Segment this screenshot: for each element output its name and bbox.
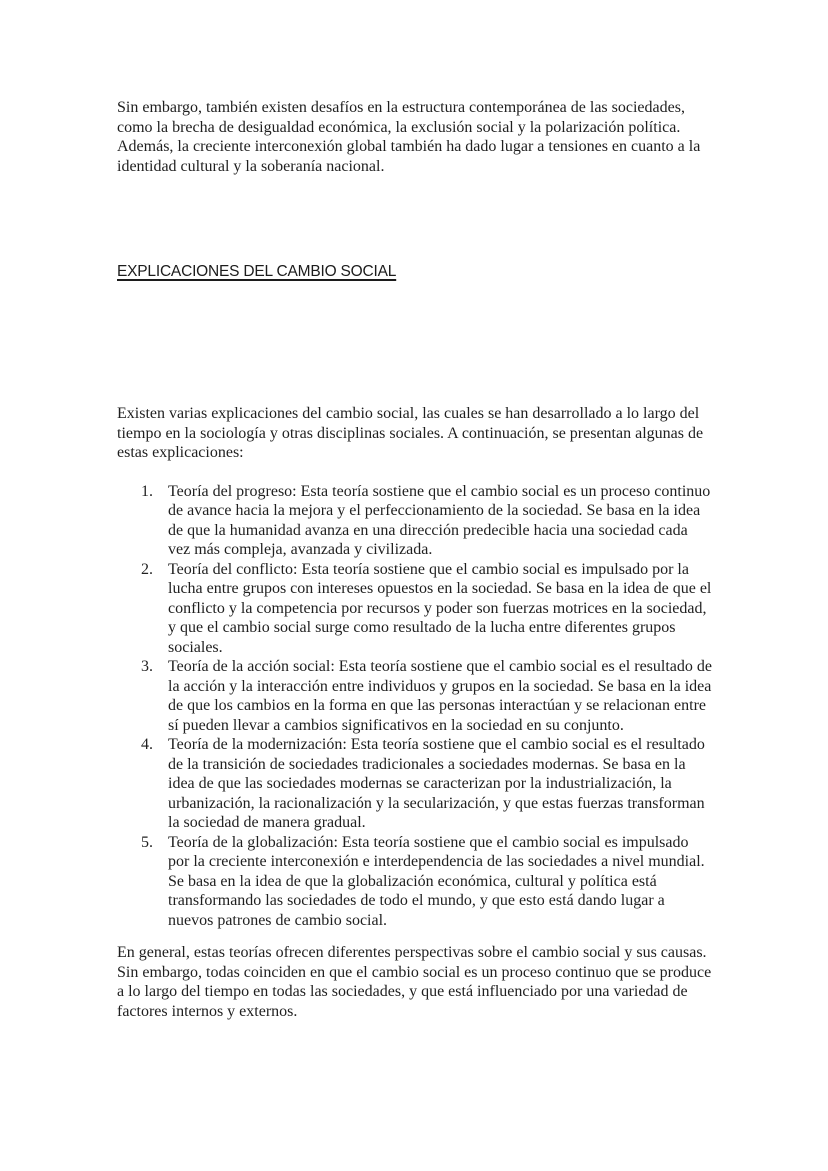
list-item: 1. Teoría del progreso: Esta teoría sost… bbox=[117, 482, 713, 560]
list-item-text: Teoría de la modernización: Esta teoría … bbox=[168, 735, 713, 833]
list-item: 3. Teoría de la acción social: Esta teor… bbox=[117, 657, 713, 735]
section-heading: EXPLICACIONES DEL CAMBIO SOCIAL bbox=[117, 262, 713, 282]
intro-paragraph: Sin embargo, también existen desafíos en… bbox=[117, 98, 713, 176]
list-item: 4. Teoría de la modernización: Esta teor… bbox=[117, 735, 713, 833]
list-item-number: 4. bbox=[141, 735, 168, 833]
list-item-number: 1. bbox=[141, 482, 168, 560]
document-page: Sin embargo, también existen desafíos en… bbox=[0, 0, 828, 1171]
list-item-text: Teoría del progreso: Esta teoría sostien… bbox=[168, 482, 713, 560]
list-item: 5. Teoría de la globalización: Esta teor… bbox=[117, 833, 713, 931]
list-item-number: 5. bbox=[141, 833, 168, 931]
theories-list: 1. Teoría del progreso: Esta teoría sost… bbox=[117, 482, 713, 931]
lead-paragraph: Existen varias explicaciones del cambio … bbox=[117, 404, 713, 463]
closing-paragraph: En general, estas teorías ofrecen difere… bbox=[117, 943, 713, 1021]
document-content: Sin embargo, también existen desafíos en… bbox=[117, 0, 713, 1021]
list-item-text: Teoría de la acción social: Esta teoría … bbox=[168, 657, 713, 735]
list-item-text: Teoría de la globalización: Esta teoría … bbox=[168, 833, 713, 931]
list-item: 2. Teoría del conflicto: Esta teoría sos… bbox=[117, 560, 713, 658]
list-item-text: Teoría del conflicto: Esta teoría sostie… bbox=[168, 560, 713, 658]
list-item-number: 2. bbox=[141, 560, 168, 658]
list-item-number: 3. bbox=[141, 657, 168, 735]
